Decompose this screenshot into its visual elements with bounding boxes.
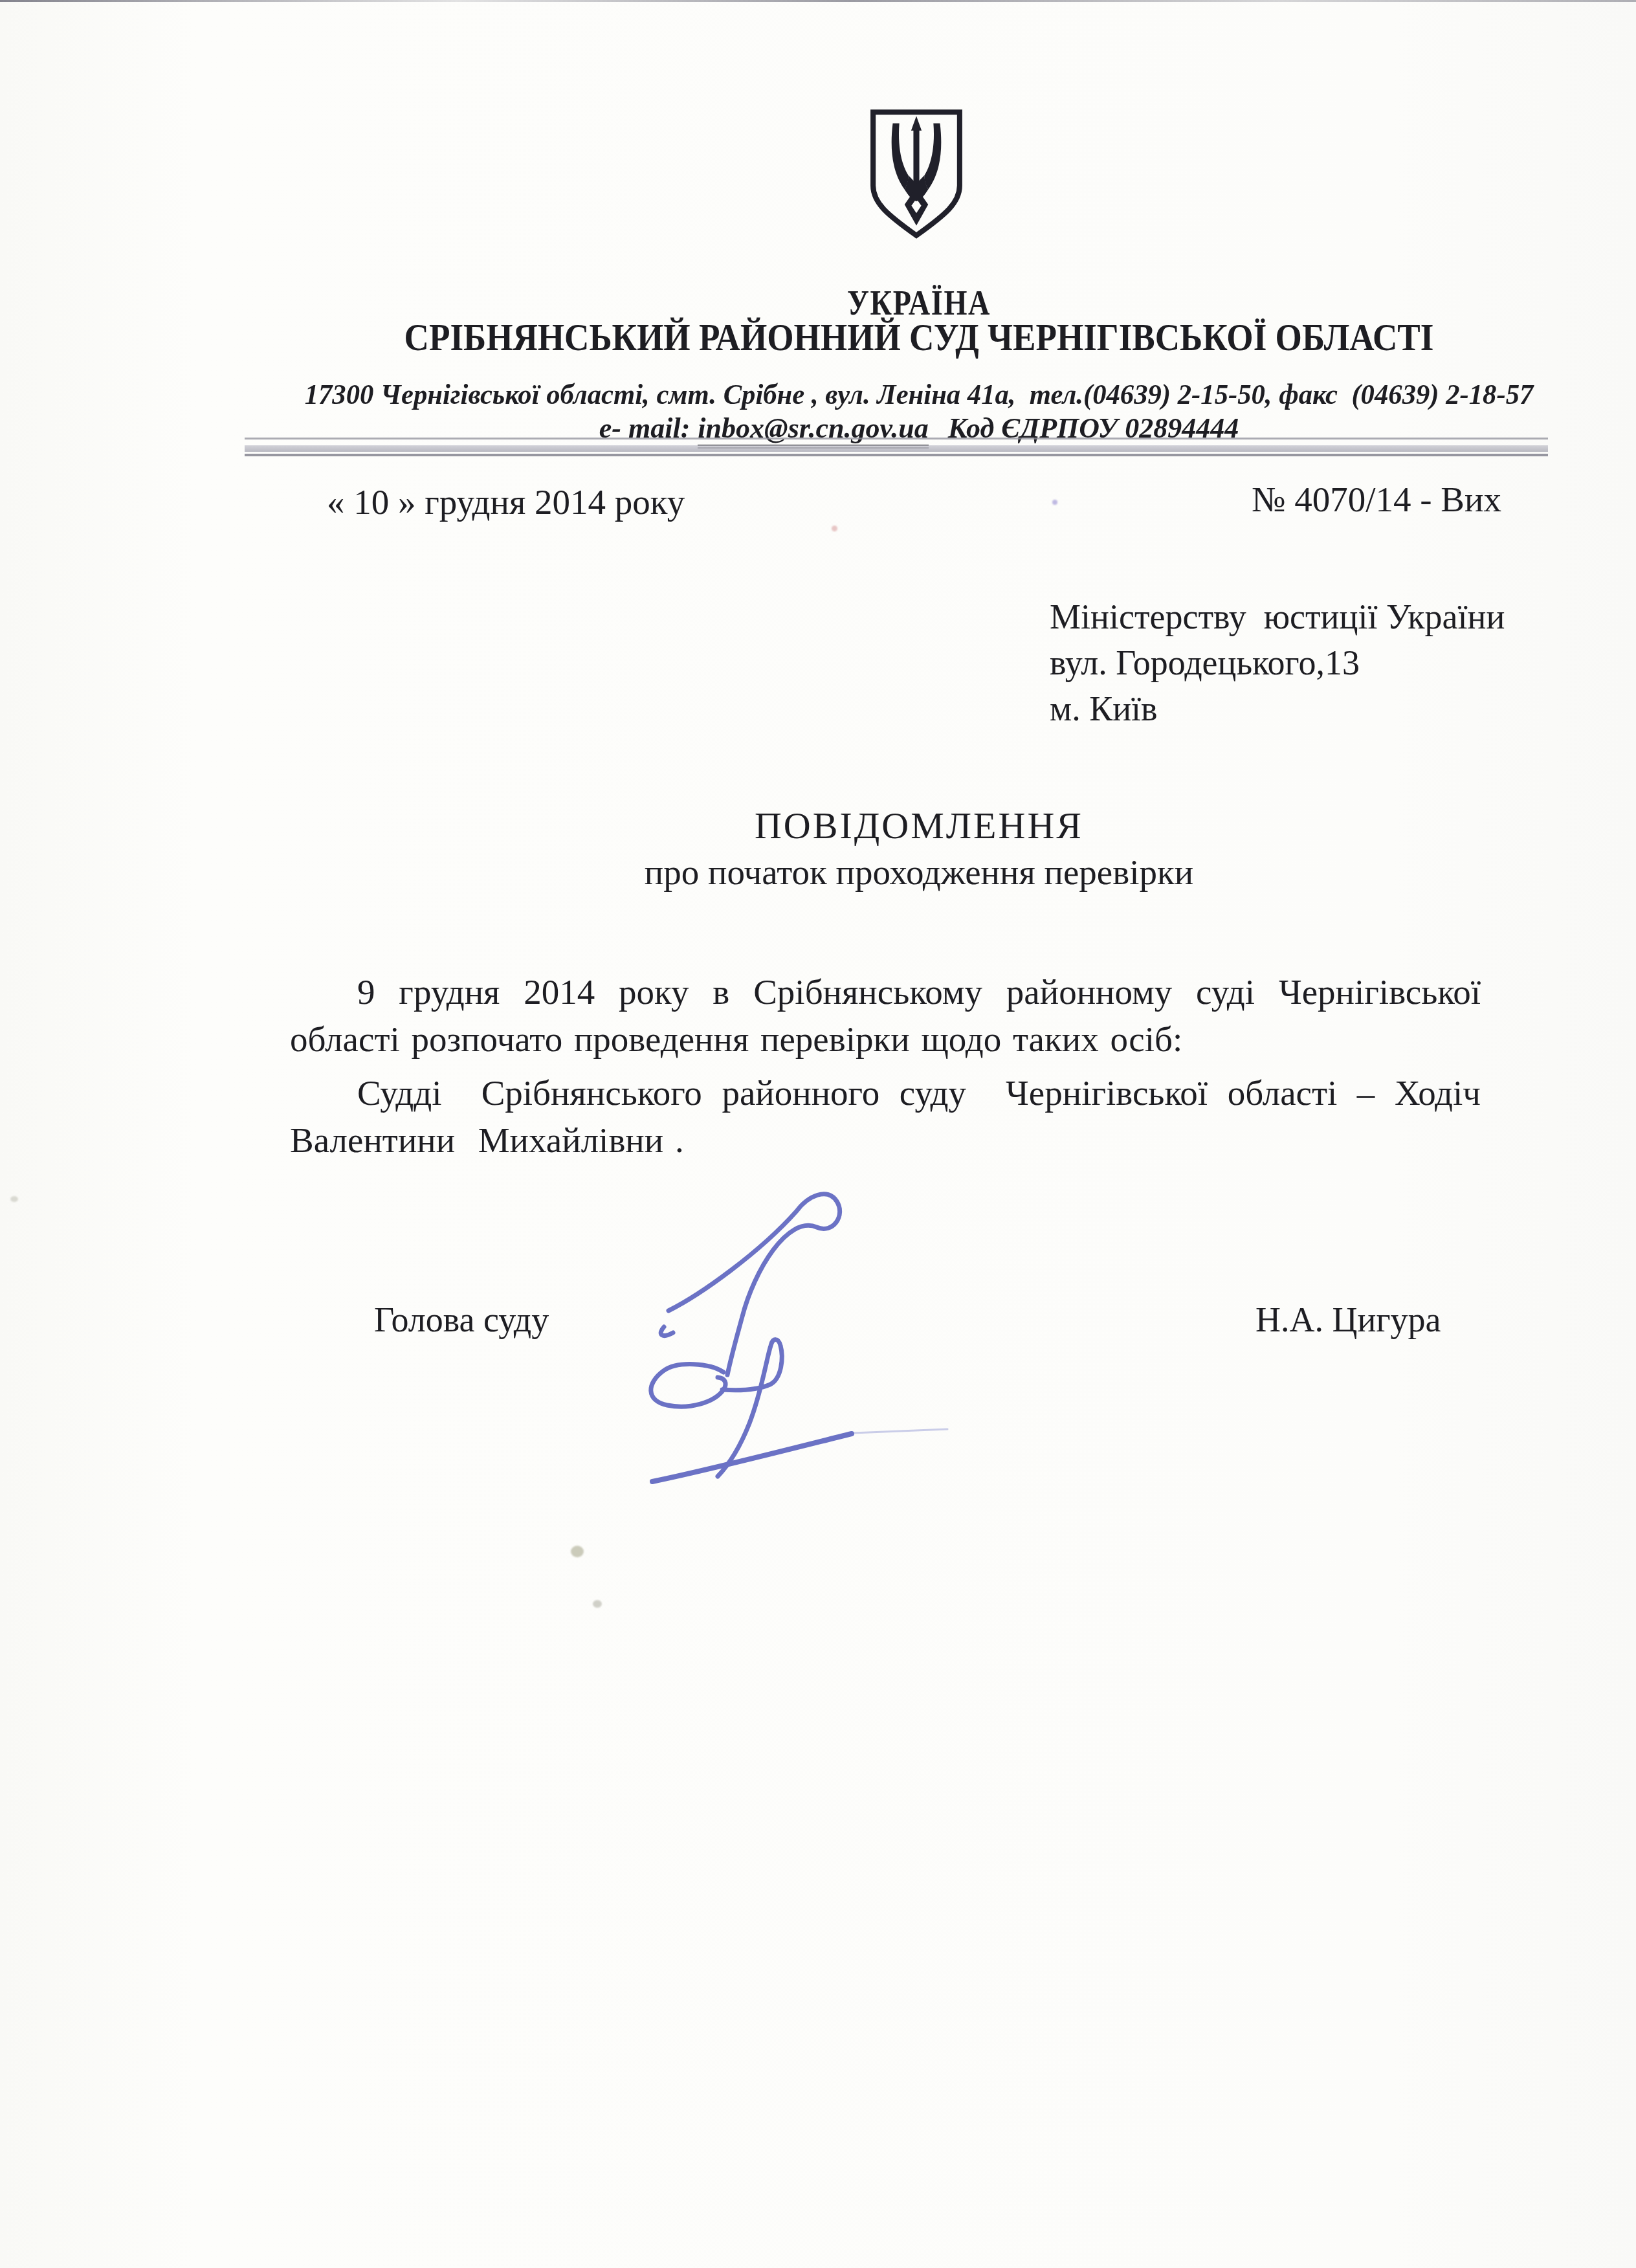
scanned-letter-page: УКРАЇНА СРІБНЯНСЬКИЙ РАЙОННИЙ СУД ЧЕРНІГ… [0, 0, 1636, 2268]
trident-glyph [892, 116, 942, 225]
signature-stroke [661, 1327, 673, 1336]
divider-line-bottom [245, 454, 1548, 456]
signature-stroke-faint [853, 1429, 947, 1433]
ukraine-trident-emblem [867, 106, 966, 241]
signature-stroke [669, 1194, 840, 1375]
scan-speck [593, 1600, 602, 1608]
recipient-block: Міністерству юстиції України вул. Городе… [1050, 594, 1505, 732]
body-paragraph: 9 грудня 2014 року в Срібнянському район… [290, 968, 1481, 1063]
scan-edge-artifact [0, 0, 1636, 2]
scan-speck [10, 1196, 18, 1202]
recipient-line: м. Київ [1050, 686, 1505, 732]
court-name: СРІБНЯНСЬКИЙ РАЙОННИЙ СУД ЧЕРНІГІВСЬКОЇ … [302, 315, 1536, 360]
document-date: « 10 » грудня 2014 року [327, 482, 685, 522]
scan-speck [832, 526, 837, 531]
court-address-line: 17300 Чернігівської області, смт. Срібне… [254, 378, 1584, 411]
divider-band [245, 445, 1548, 452]
signatory-name: Н.А. Цигура [1255, 1300, 1441, 1340]
signature-stroke [652, 1434, 852, 1482]
scan-speck [1052, 500, 1057, 505]
recipient-line: Міністерству юстиції України [1050, 594, 1505, 640]
letterhead-divider [245, 436, 1548, 460]
document-number: № 4070/14 - Вих [1252, 479, 1501, 520]
signature-stroke [651, 1364, 725, 1406]
scan-speck [571, 1546, 584, 1557]
handwritten-signature [633, 1177, 963, 1546]
body-paragraph: Судді Срібнянського районного суду Черні… [290, 1069, 1481, 1164]
signatory-role: Голова суду [374, 1300, 549, 1340]
document-title: ПОВІДОМЛЕННЯ [233, 804, 1605, 847]
document-subtitle: про початок проходження перевірки [233, 852, 1605, 893]
recipient-line: вул. Городецького,13 [1050, 640, 1505, 686]
divider-line-top [245, 438, 1548, 439]
